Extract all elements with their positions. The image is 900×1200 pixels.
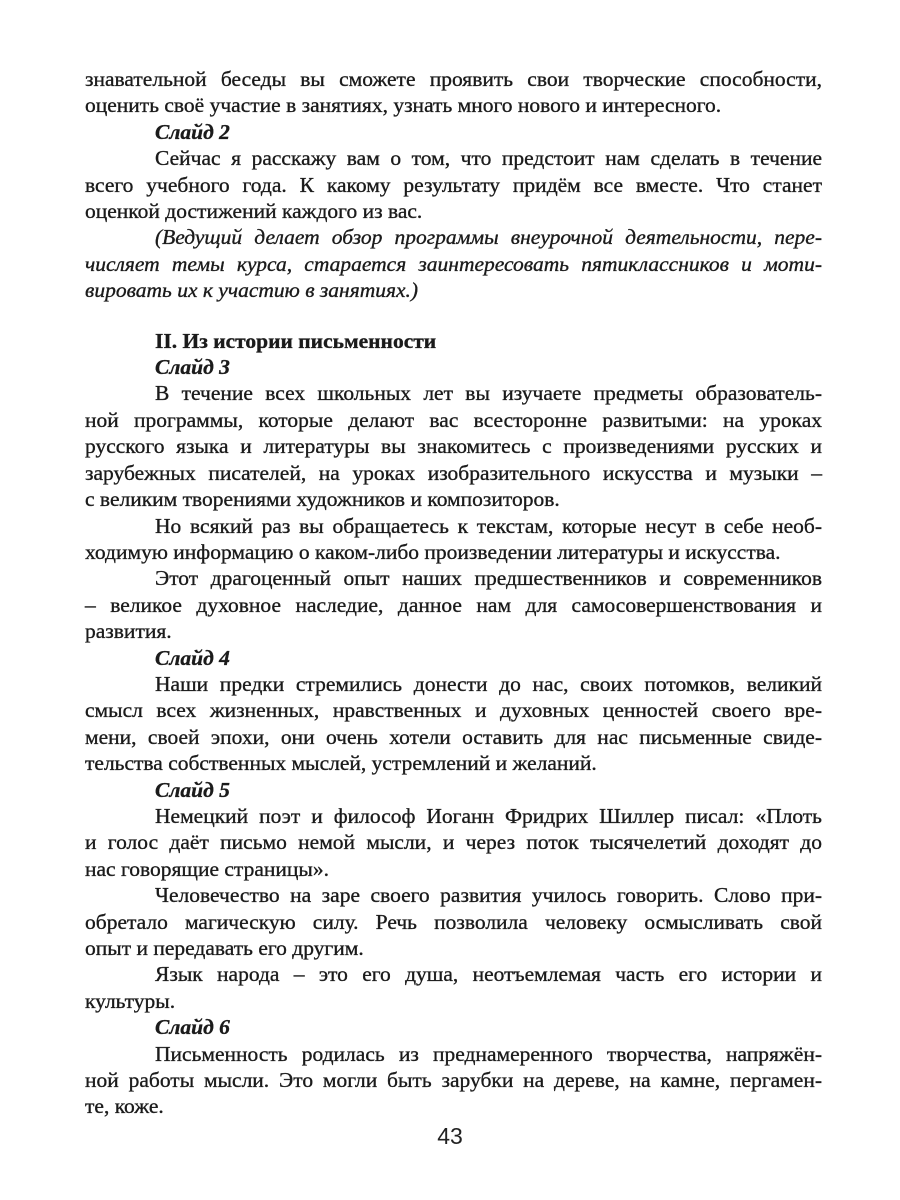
paragraph: знавательной беседы вы сможете проявить … xyxy=(85,66,822,119)
slide-heading: Слайд 3 xyxy=(85,354,822,380)
text-line: смысл всех жизненных, нравственных и дух… xyxy=(85,697,822,723)
text-line: те, коже. xyxy=(85,1093,822,1119)
text-line: Но всякий раз вы обращаетесь к текстам, … xyxy=(85,513,822,539)
text-line: оценкой достижений каждого из вас. xyxy=(85,198,822,224)
text-line: всего учебного года. К какому результату… xyxy=(85,172,822,198)
text-line: (Ведущий делает обзор программы внеурочн… xyxy=(85,224,822,250)
slide-heading: Слайд 4 xyxy=(85,645,822,671)
paragraph: Этот драгоценный опыт наших предшественн… xyxy=(85,565,822,644)
text-line: ной работы мысли. Это могли быть зарубки… xyxy=(85,1067,822,1093)
paragraph: Язык народа – это его душа, неотъемлемая… xyxy=(85,961,822,1014)
text-line: Слайд 2 xyxy=(85,119,822,145)
paragraph: Письменность родилась из преднамеренного… xyxy=(85,1041,822,1120)
text-line: русского языка и литературы вы знакомите… xyxy=(85,433,822,459)
text-line: Письменность родилась из преднамеренного… xyxy=(85,1041,822,1067)
text-line: II. Из истории письменности xyxy=(85,328,822,354)
page-content: знавательной беседы вы сможете проявить … xyxy=(85,66,822,1120)
book-page: знавательной беседы вы сможете проявить … xyxy=(0,0,900,1200)
paragraph: Человечество на заре своего развития учи… xyxy=(85,882,822,961)
text-line: развития. xyxy=(85,618,822,644)
text-line: вировать их к участию в занятиях.) xyxy=(85,277,822,303)
text-line: Этот драгоценный опыт наших предшественн… xyxy=(85,565,822,591)
text-line: ной программы, которые делают вас всесто… xyxy=(85,407,822,433)
text-line: знавательной беседы вы сможете проявить … xyxy=(85,66,822,92)
text-line: Немецкий поэт и философ Иоганн Фридрих Ш… xyxy=(85,803,822,829)
text-line: зарубежных писателей, на уроках изобрази… xyxy=(85,460,822,486)
text-line: Наши предки стремились донести до нас, с… xyxy=(85,671,822,697)
paragraph: В течение всех школьных лет вы изучаете … xyxy=(85,380,822,512)
text-line: В течение всех школьных лет вы изучаете … xyxy=(85,380,822,406)
text-line: опыт и передавать его другим. xyxy=(85,935,822,961)
text-line: обретало магическую силу. Речь позволила… xyxy=(85,909,822,935)
text-line: Слайд 3 xyxy=(85,354,822,380)
text-line: Слайд 4 xyxy=(85,645,822,671)
text-line: оценить своё участие в занятиях, узнать … xyxy=(85,92,822,118)
text-line: культуры. xyxy=(85,988,822,1014)
text-line: мени, своей эпохи, они очень хотели оста… xyxy=(85,724,822,750)
text-line: Человечество на заре своего развития учи… xyxy=(85,882,822,908)
text-line: тельства собственных мыслей, устремлений… xyxy=(85,750,822,776)
text-line: Язык народа – это его душа, неотъемлемая… xyxy=(85,961,822,987)
text-line: ходимую информацию о каком-либо произвед… xyxy=(85,539,822,565)
paragraph: Но всякий раз вы обращаетесь к текстам, … xyxy=(85,513,822,566)
text-line: Слайд 5 xyxy=(85,777,822,803)
text-line: с великим творениями художников и композ… xyxy=(85,486,822,512)
paragraph: Немецкий поэт и философ Иоганн Фридрих Ш… xyxy=(85,803,822,882)
text-line: Сейчас я расскажу вам о том, что предсто… xyxy=(85,145,822,171)
page-number: 43 xyxy=(0,1122,900,1150)
text-line: – великое духовное наследие, данное нам … xyxy=(85,592,822,618)
text-line: нас говорящие страницы». xyxy=(85,856,822,882)
text-line: Слайд 6 xyxy=(85,1014,822,1040)
section-heading: II. Из истории письменности xyxy=(85,328,822,354)
text-line: и голос даёт письмо немой мысли, и через… xyxy=(85,829,822,855)
paragraph: Сейчас я расскажу вам о том, что предсто… xyxy=(85,145,822,224)
text-line: числяет темы курса, старается заинтересо… xyxy=(85,251,822,277)
slide-heading: Слайд 6 xyxy=(85,1014,822,1040)
slide-heading: Слайд 2 xyxy=(85,119,822,145)
slide-heading: Слайд 5 xyxy=(85,777,822,803)
stage-direction: (Ведущий делает обзор программы внеурочн… xyxy=(85,224,822,303)
paragraph: Наши предки стремились донести до нас, с… xyxy=(85,671,822,777)
